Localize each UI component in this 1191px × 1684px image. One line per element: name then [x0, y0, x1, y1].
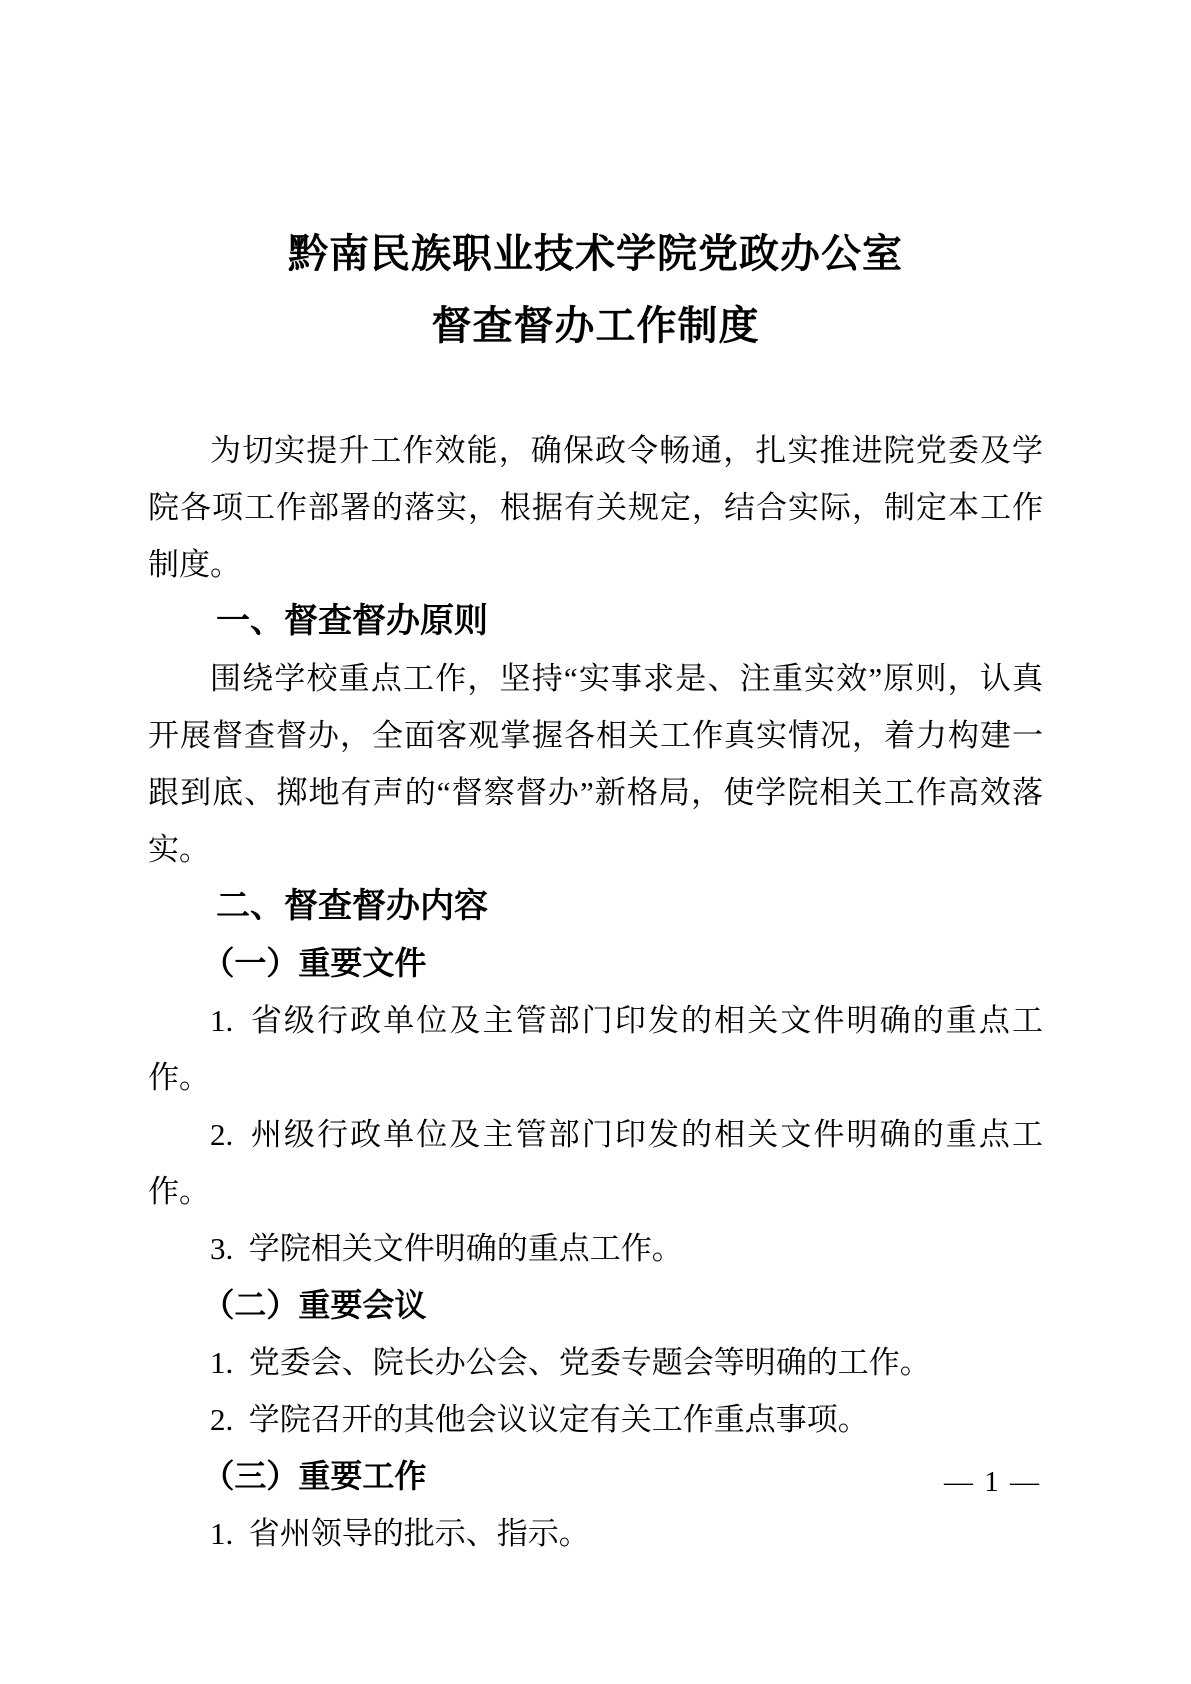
- important-documents-item-1: 1. 省级行政单位及主管部门印发的相关文件明确的重点工作。: [148, 992, 1043, 1106]
- section-1-heading: 一、督查督办原则: [148, 593, 1043, 650]
- document-page: 黔南民族职业技术学院党政办公室 督查督办工作制度 为切实提升工作效能，确保政令畅…: [0, 0, 1191, 1684]
- document-body: 为切实提升工作效能，确保政令畅通，扎实推进院党委及学院各项工作部署的落实，根据有…: [148, 422, 1043, 1562]
- section-2-heading: 二、督查督办内容: [148, 878, 1043, 935]
- page-number: — 1 —: [944, 1462, 1041, 1502]
- subsection-important-meetings-heading: （二）重要会议: [148, 1277, 1043, 1334]
- subsection-important-documents-heading: （一）重要文件: [148, 935, 1043, 992]
- intro-paragraph: 为切实提升工作效能，确保政令畅通，扎实推进院党委及学院各项工作部署的落实，根据有…: [148, 422, 1043, 593]
- title-line-2: 督查督办工作制度: [148, 290, 1043, 362]
- important-meetings-item-1: 1. 党委会、院长办公会、党委专题会等明确的工作。: [148, 1334, 1043, 1391]
- important-meetings-item-2: 2. 学院召开的其他会议议定有关工作重点事项。: [148, 1391, 1043, 1448]
- important-documents-item-2: 2. 州级行政单位及主管部门印发的相关文件明确的重点工作。: [148, 1106, 1043, 1220]
- important-work-item-1: 1. 省州领导的批示、指示。: [148, 1505, 1043, 1562]
- document-title: 黔南民族职业技术学院党政办公室 督查督办工作制度: [148, 0, 1043, 362]
- subsection-important-work-heading: （三）重要工作: [148, 1448, 1043, 1505]
- document-content: 黔南民族职业技术学院党政办公室 督查督办工作制度 为切实提升工作效能，确保政令畅…: [148, 0, 1043, 1562]
- important-documents-item-3: 3. 学院相关文件明确的重点工作。: [148, 1220, 1043, 1277]
- title-line-1: 黔南民族职业技术学院党政办公室: [148, 218, 1043, 290]
- section-1-paragraph: 围绕学校重点工作，坚持“实事求是、注重实效”原则，认真开展督查督办，全面客观掌握…: [148, 650, 1043, 878]
